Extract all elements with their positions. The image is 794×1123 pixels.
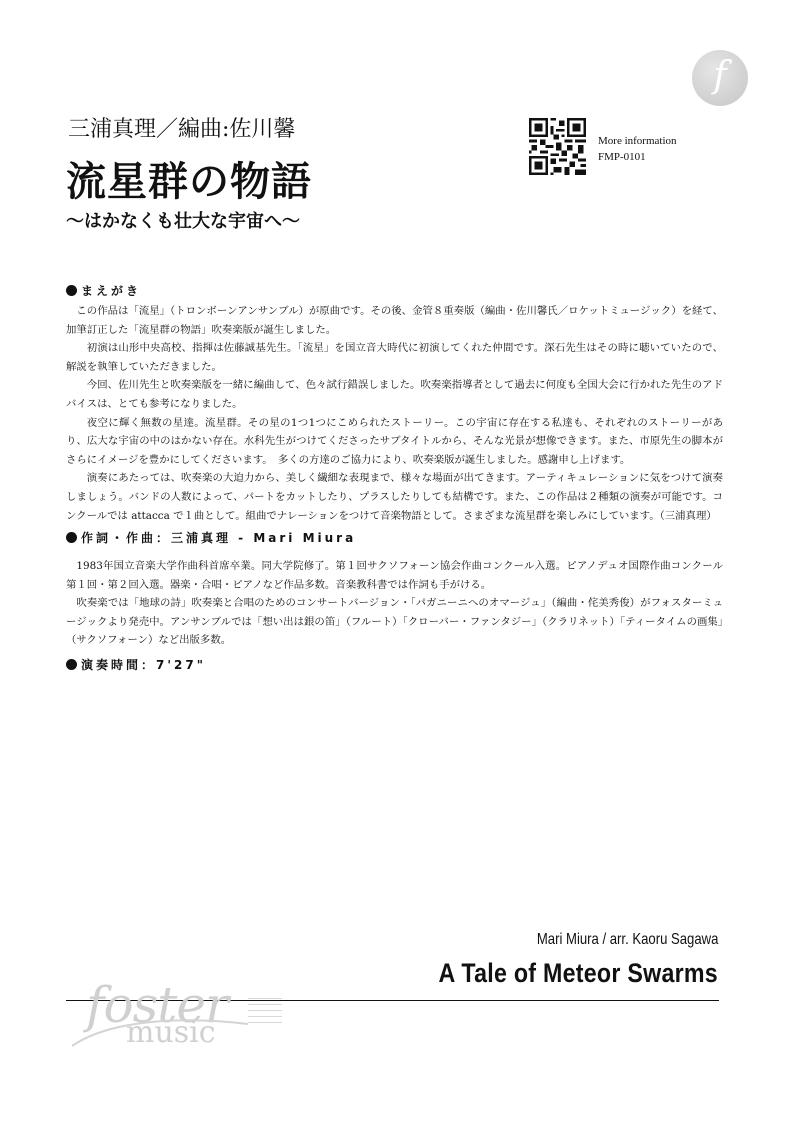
more-information-block: More information FMP-0101 xyxy=(598,133,677,165)
composer-arranger-jp: 三浦真理／編曲:佐川馨 xyxy=(68,112,295,143)
composer-body: 1983年国立音楽大学作曲科首席卒業。同大学院修了。第１回サクソフォーン協会作曲… xyxy=(66,557,723,650)
page-title: 流星群の物語 xyxy=(66,150,312,207)
section-heading-text: まえがき xyxy=(81,284,141,298)
bullet-dot-icon xyxy=(66,532,77,543)
publisher-logo-music: music xyxy=(126,1018,216,1048)
duration-text: 演奏時間：7'27" xyxy=(81,658,206,672)
preface-body: この作品は「流星」（トロンボーンアンサンブル）が原曲です。その後、金管８重奏版（… xyxy=(66,302,723,525)
section-heading-duration: 演奏時間：7'27" xyxy=(66,656,206,673)
title-en: A Tale of Meteor Swarms xyxy=(439,958,718,989)
paragraph: 初演は山形中央高校、指揮は佐藤誠基先生。「流星」を国立音大時代に初演してくれた仲… xyxy=(66,339,723,376)
publisher-mark-icon: f xyxy=(692,50,748,106)
composer-arranger-en: Mari Miura / arr. Kaoru Sagawa xyxy=(536,931,718,949)
publisher-mark-glyph: f xyxy=(692,56,748,96)
paragraph: 吹奏楽では「地球の詩」吹奏楽と合唱のためのコンサートバージョン・「パガニーニへの… xyxy=(66,594,723,650)
more-information-label: More information xyxy=(598,133,677,149)
page-subtitle: 〜はかなくも壮大な宇宙へ〜 xyxy=(66,207,300,233)
section-heading-text: 作詞・作曲：三浦真理 - Mari Miura xyxy=(81,531,356,545)
bullet-dot-icon xyxy=(66,285,77,296)
section-heading-preface: まえがき xyxy=(66,282,141,299)
paragraph: この作品は「流星」（トロンボーンアンサンブル）が原曲です。その後、金管８重奏版（… xyxy=(66,302,723,339)
qr-code-icon[interactable] xyxy=(529,118,586,175)
bullet-dot-icon xyxy=(66,659,77,670)
catalog-number: FMP-0101 xyxy=(598,149,677,165)
paragraph: 1983年国立音楽大学作曲科首席卒業。同大学院修了。第１回サクソフォーン協会作曲… xyxy=(66,557,723,594)
paragraph: 演奏にあたっては、吹奏楽の大迫力から、美しく繊細な表現まで、様々な場面が出てきま… xyxy=(66,469,723,525)
staff-lines-icon xyxy=(248,998,282,1028)
paragraph: 夜空に輝く無数の星達。流星群。その星の1つ1つにこめられたストーリー。この宇宙に… xyxy=(66,414,723,470)
section-heading-composer: 作詞・作曲：三浦真理 - Mari Miura xyxy=(66,529,356,546)
paragraph: 今回、佐川先生と吹奏楽版を一緒に編曲して、色々試行錯誤しました。吹奏楽指導者とし… xyxy=(66,376,723,413)
